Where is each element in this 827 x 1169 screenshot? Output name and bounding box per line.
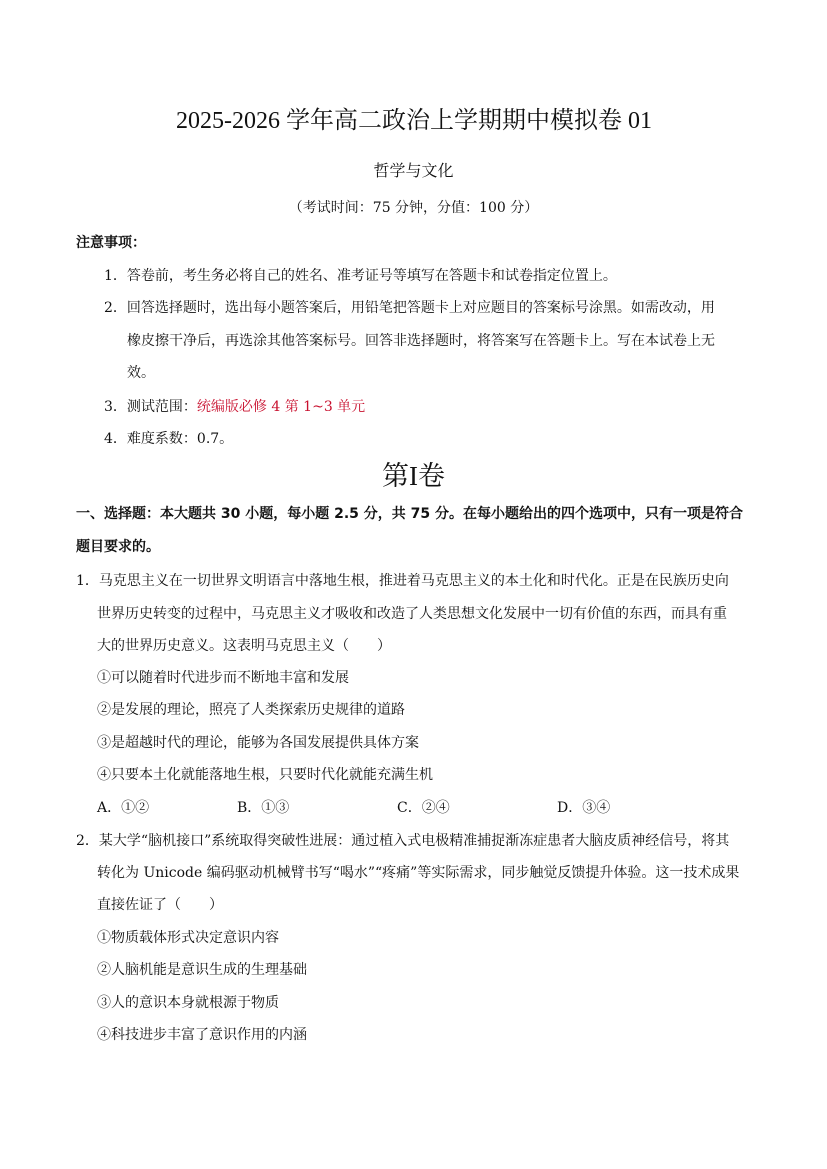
- question-number: 1．: [76, 573, 99, 589]
- note-number: 1．: [104, 268, 127, 284]
- question-2-statement-4: ④科技进步丰富了意识作用的内涵: [97, 1024, 307, 1044]
- question-1-stem-line-1: 1．马克思主义在一切世界文明语言中落地生根，推进着马克思主义的本土化和时代化。正…: [76, 570, 729, 590]
- note-2-line-2: 橡皮擦干净后，再选涂其他答案标号。回答非选择题时，将答案写在答题卡上。写在本试卷…: [127, 330, 715, 350]
- question-2-stem-line-1: 2．某大学“脑机接口”系统取得突破性进展：通过植入式电极精准捕捉渐冻症患者大脑皮…: [76, 830, 729, 850]
- question-1-stem-line-2: 世界历史转变的过程中，马克思主义才吸收和改造了人类思想文化发展中一切有价值的东西…: [97, 603, 727, 623]
- question-2-statement-1: ①物质载体形式决定意识内容: [97, 927, 279, 947]
- question-2-stem-line-2: 转化为 Unicode 编码驱动机械臂书写“喝水”“疼痛”等实际需求，同步触觉反…: [97, 862, 739, 882]
- note-number: 3．: [104, 399, 127, 415]
- page-title: 2025-2026 学年高二政治上学期期中模拟卷 01: [0, 100, 827, 135]
- note-1: 1．答卷前，考生务必将自己的姓名、准考证号等填写在答题卡和试卷指定位置上。: [104, 265, 617, 285]
- exam-info: （考试时间：75 分钟，分值：100 分）: [0, 197, 827, 217]
- question-2-stem-line-3: 直接佐证了（ ）: [97, 894, 223, 914]
- question-1-statement-1: ①可以随着时代进步而不断地丰富和发展: [97, 667, 349, 687]
- note-number: 2．: [104, 300, 127, 316]
- question-1-choice-a[interactable]: A．①②: [97, 797, 149, 817]
- section-instructions-line-2: 题目要求的。: [76, 536, 160, 556]
- question-1-choice-c[interactable]: C．②④: [397, 797, 450, 817]
- question-1-statement-2: ②是发展的理论，照亮了人类探索历史规律的道路: [97, 699, 405, 719]
- question-2-statement-2: ②人脑机能是意识生成的生理基础: [97, 959, 307, 979]
- question-1-choice-b[interactable]: B．①③: [237, 797, 289, 817]
- question-1-statement-4: ④只要本土化就能落地生根，只要时代化就能充满生机: [97, 764, 433, 784]
- question-number: 2．: [76, 833, 99, 849]
- question-text: 某大学“脑机接口”系统取得突破性进展：通过植入式电极精准捕捉渐冻症患者大脑皮质神…: [99, 833, 729, 849]
- note-3: 3．测试范围：统编版必修 4 第 1~3 单元: [104, 396, 365, 416]
- page-subtitle: 哲学与文化: [0, 158, 827, 181]
- question-2-statement-3: ③人的意识本身就根源于物质: [97, 992, 279, 1012]
- section-instructions-line-1: 一、选择题：本大题共 30 小题，每小题 2.5 分，共 75 分。在每小题给出…: [76, 503, 743, 523]
- question-1-choice-d[interactable]: D．③④: [557, 797, 610, 817]
- note-number: 4．: [104, 431, 127, 447]
- notes-heading: 注意事项：: [76, 232, 146, 252]
- note-label: 测试范围：: [127, 399, 197, 415]
- question-1-stem-line-3: 大的世界历史意义。这表明马克思主义（ ）: [97, 635, 391, 655]
- question-text: 马克思主义在一切世界文明语言中落地生根，推进着马克思主义的本土化和时代化。正是在…: [99, 573, 729, 589]
- question-1-statement-3: ③是超越时代的理论，能够为各国发展提供具体方案: [97, 732, 419, 752]
- note-2: 2．回答选择题时，选出每小题答案后，用铅笔把答题卡上对应题目的答案标号涂黑。如需…: [104, 297, 715, 317]
- note-2-line-3: 效。: [127, 362, 155, 382]
- section-title: 第I卷: [0, 454, 827, 493]
- note-text: 难度系数：0.7。: [127, 431, 233, 447]
- note-text: 回答选择题时，选出每小题答案后，用铅笔把答题卡上对应题目的答案标号涂黑。如需改动…: [127, 300, 715, 316]
- note-text: 答卷前，考生务必将自己的姓名、准考证号等填写在答题卡和试卷指定位置上。: [127, 268, 617, 284]
- note-4: 4．难度系数：0.7。: [104, 428, 233, 448]
- test-scope-highlight: 统编版必修 4 第 1~3 单元: [197, 399, 365, 415]
